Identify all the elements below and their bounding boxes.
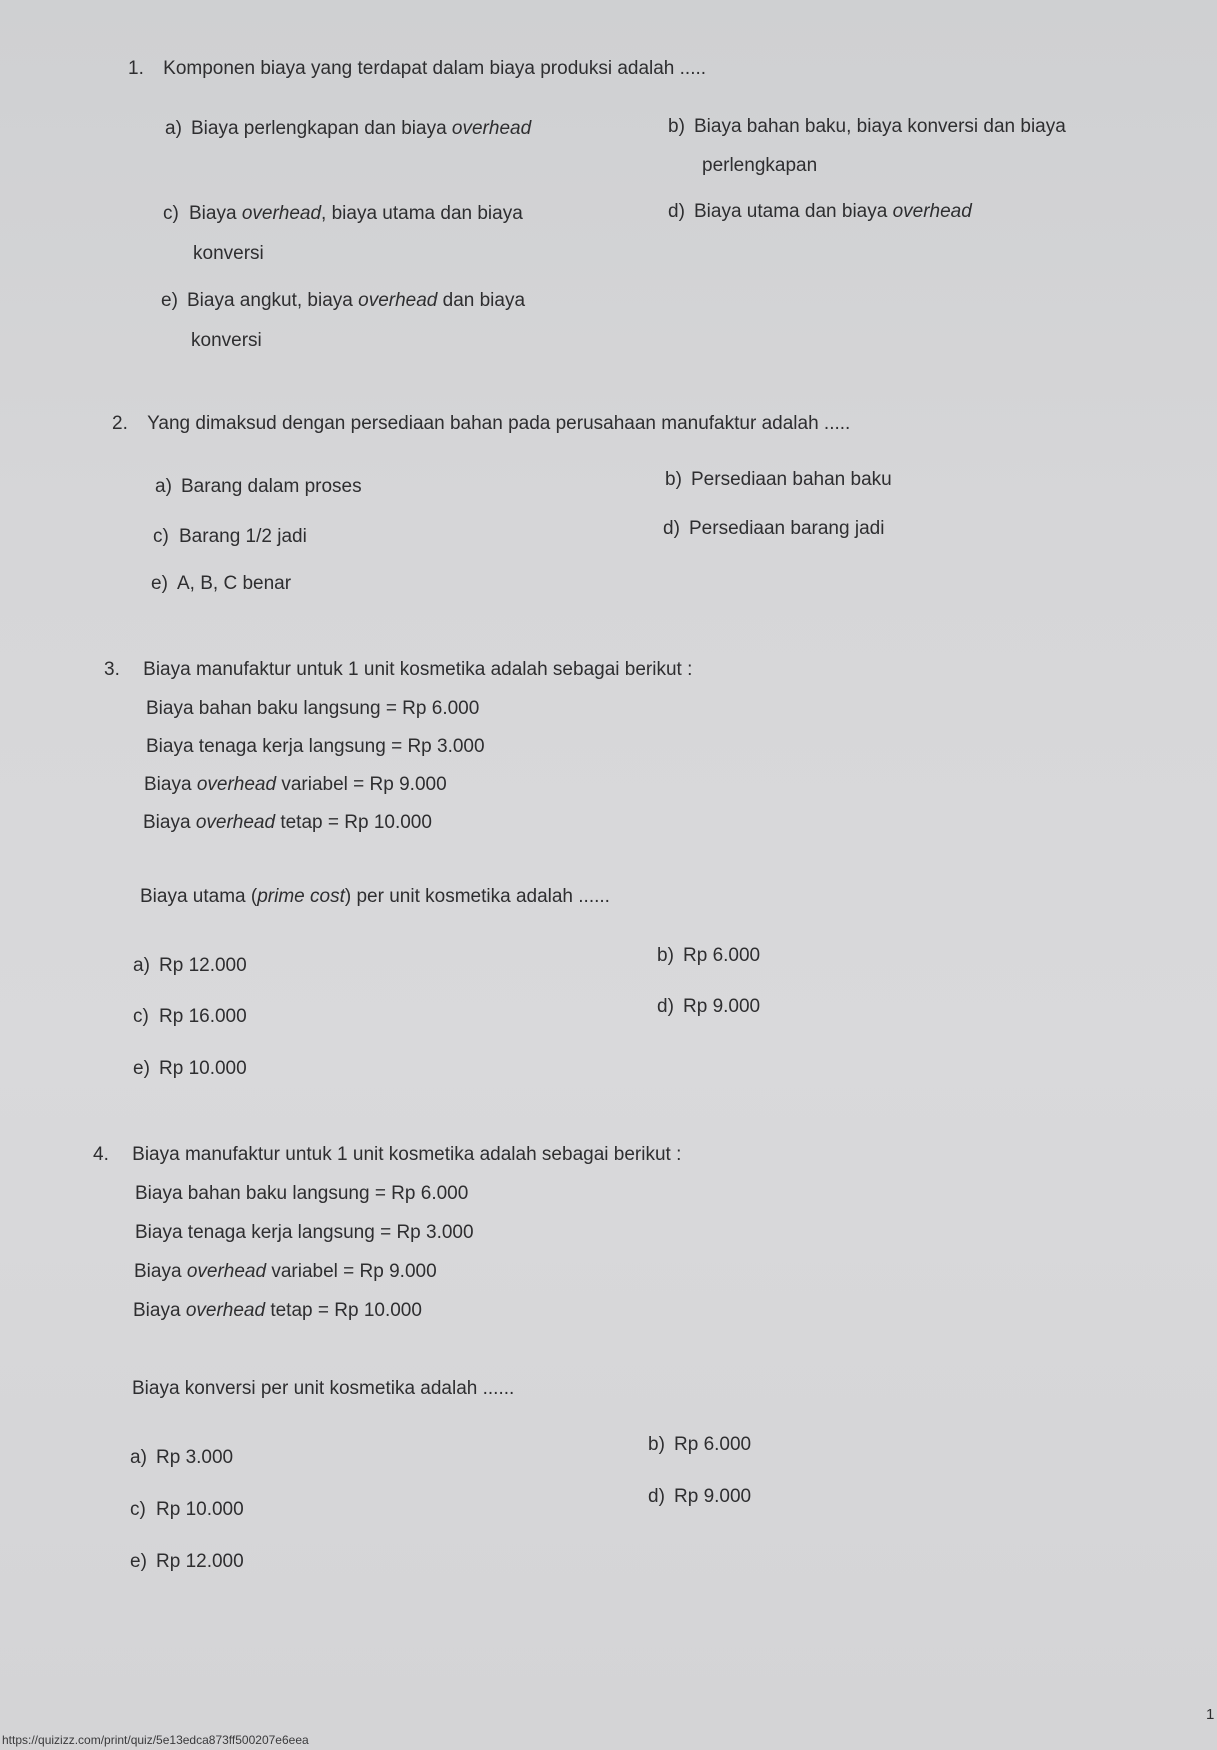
option-label: b) — [657, 945, 683, 967]
option-label: e) — [133, 1058, 159, 1080]
option-4c: c)Rp 10.000 — [130, 1499, 244, 1521]
print-url: https://quizizz.com/print/quiz/5e13edca8… — [2, 1733, 309, 1747]
option-3d: d)Rp 9.000 — [657, 996, 760, 1018]
cost-item: Biaya overhead tetap = Rp 10.000 — [133, 1300, 422, 1322]
option-3c: c)Rp 16.000 — [133, 1006, 247, 1028]
option-label: d) — [648, 1486, 674, 1508]
option-label: c) — [163, 203, 189, 225]
question-prompt: Biaya konversi per unit kosmetika adalah… — [132, 1378, 514, 1400]
question-prompt: Biaya utama (prime cost) per unit kosmet… — [140, 886, 610, 908]
option-1b-line2: perlengkapan — [702, 155, 817, 177]
option-label: a) — [130, 1447, 156, 1469]
option-label: a) — [133, 955, 159, 977]
option-1e: e)Biaya angkut, biaya overhead dan biaya — [161, 290, 525, 312]
option-1d: d)Biaya utama dan biaya overhead — [668, 201, 972, 223]
option-1b: b)Biaya bahan baku, biaya konversi dan b… — [668, 116, 1066, 138]
option-label: b) — [665, 469, 691, 491]
page-number: 1 — [1206, 1706, 1214, 1723]
question-4: 4. Biaya manufaktur untuk 1 unit kosmeti… — [93, 1144, 681, 1166]
question-text: Biaya manufaktur untuk 1 unit kosmetika … — [132, 1144, 681, 1165]
option-2e: e)A, B, C benar — [151, 573, 291, 595]
question-1: 1. Komponen biaya yang terdapat dalam bi… — [128, 58, 706, 80]
option-1a: a)Biaya perlengkapan dan biaya overhead — [165, 118, 531, 140]
option-3b: b)Rp 6.000 — [657, 945, 760, 967]
option-4a: a)Rp 3.000 — [130, 1447, 233, 1469]
option-label: e) — [161, 290, 187, 312]
option-3a: a)Rp 12.000 — [133, 955, 247, 977]
cost-item: Biaya bahan baku langsung = Rp 6.000 — [135, 1183, 468, 1205]
option-label: e) — [130, 1551, 156, 1573]
option-label: b) — [668, 116, 694, 138]
option-label: c) — [133, 1006, 159, 1028]
option-4e: e)Rp 12.000 — [130, 1551, 244, 1573]
option-label: a) — [165, 118, 191, 140]
option-3e: e)Rp 10.000 — [133, 1058, 247, 1080]
option-1c: c)Biaya overhead, biaya utama dan biaya — [163, 203, 523, 225]
question-2: 2. Yang dimaksud dengan persediaan bahan… — [112, 413, 850, 435]
question-text: Biaya manufaktur untuk 1 unit kosmetika … — [143, 659, 692, 680]
question-3: 3. Biaya manufaktur untuk 1 unit kosmeti… — [104, 659, 692, 681]
option-2a: a)Barang dalam proses — [155, 476, 362, 498]
question-number: 2. — [112, 413, 128, 434]
cost-item: Biaya bahan baku langsung = Rp 6.000 — [146, 698, 479, 720]
option-4d: d)Rp 9.000 — [648, 1486, 751, 1508]
option-1c-line2: konversi — [193, 243, 264, 265]
option-label: d) — [657, 996, 683, 1018]
option-label: e) — [151, 573, 177, 595]
cost-item: Biaya tenaga kerja langsung = Rp 3.000 — [135, 1222, 474, 1244]
question-text: Yang dimaksud dengan persediaan bahan pa… — [147, 413, 850, 434]
cost-item: Biaya overhead variabel = Rp 9.000 — [144, 774, 447, 796]
option-2d: d)Persediaan barang jadi — [663, 518, 884, 540]
question-number: 4. — [93, 1144, 109, 1165]
question-number: 1. — [128, 58, 144, 79]
option-label: b) — [648, 1434, 674, 1456]
option-label: c) — [153, 526, 179, 548]
cost-item: Biaya tenaga kerja langsung = Rp 3.000 — [146, 736, 485, 758]
option-label: a) — [155, 476, 181, 498]
option-label: d) — [668, 201, 694, 223]
option-label: c) — [130, 1499, 156, 1521]
cost-item: Biaya overhead variabel = Rp 9.000 — [134, 1261, 437, 1283]
option-2b: b)Persediaan bahan baku — [665, 469, 892, 491]
option-1e-line2: konversi — [191, 330, 262, 352]
option-4b: b)Rp 6.000 — [648, 1434, 751, 1456]
option-2c: c)Barang 1/2 jadi — [153, 526, 307, 548]
option-label: d) — [663, 518, 689, 540]
cost-item: Biaya overhead tetap = Rp 10.000 — [143, 812, 432, 834]
question-number: 3. — [104, 659, 120, 680]
question-text: Komponen biaya yang terdapat dalam biaya… — [163, 58, 706, 79]
